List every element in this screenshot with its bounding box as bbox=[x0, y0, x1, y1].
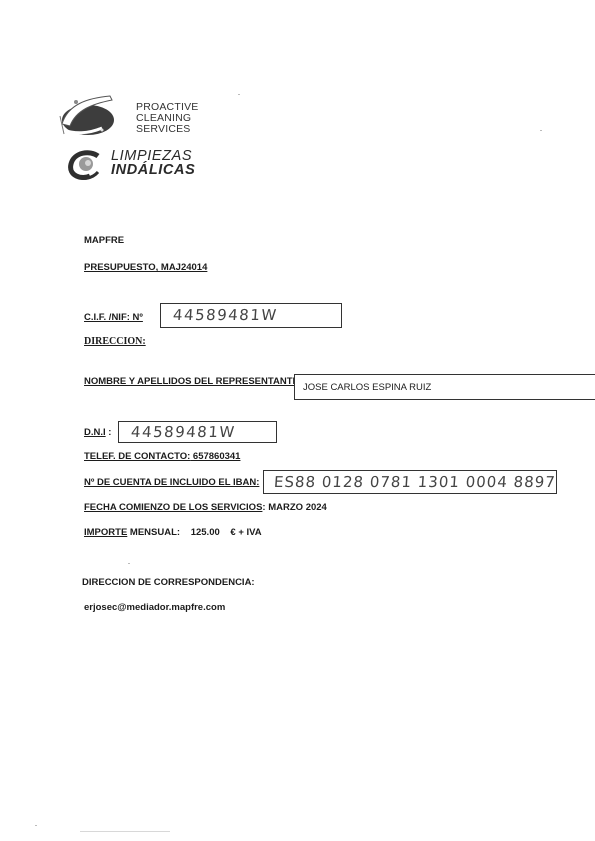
dni-label: D.N.I bbox=[84, 427, 106, 438]
amount-label: IMPORTE bbox=[84, 527, 127, 538]
representative-label: NOMBRE Y APELLIDOS DEL REPRESENTANTE bbox=[84, 376, 299, 387]
budget-reference: PRESUPUESTO, MAJ24014 bbox=[84, 262, 207, 273]
correspondence-label: DIRECCION DE CORRESPONDENCIA: bbox=[82, 577, 255, 588]
cif-value: 44589481W bbox=[172, 306, 278, 324]
amount-group: IMPORTE MENSUAL: 125.00 € + IVA bbox=[84, 527, 262, 538]
scan-speck bbox=[540, 130, 542, 131]
cif-label: C.I.F. /NIF: Nº bbox=[84, 312, 143, 323]
company-logo: PROACTIVE CLEANING SERVICES LIMPIEZAS IN… bbox=[58, 94, 218, 184]
cif-field[interactable]: 44589481W bbox=[160, 303, 342, 328]
representative-field[interactable]: JOSE CARLOS ESPINA RUIZ bbox=[294, 374, 595, 400]
start-date-group: FECHA COMIENZO DE LOS SERVICIOS: MARZO 2… bbox=[84, 502, 327, 513]
scan-speck bbox=[238, 94, 240, 95]
phone-label: TELEF. DE CONTACTO: bbox=[84, 451, 190, 462]
broom-swoosh-logo-icon bbox=[58, 94, 116, 140]
start-date-label: FECHA COMIENZO DE LOS SERVICIOS bbox=[84, 502, 262, 513]
scan-edge-line bbox=[80, 831, 170, 832]
correspondence-email: erjosec@mediador.mapfre.com bbox=[84, 602, 225, 613]
logo-limpiezas-text: LIMPIEZAS INDÁLICAS bbox=[111, 149, 195, 177]
iban-field[interactable]: ES88 0128 0781 1301 0004 8897 bbox=[263, 470, 557, 494]
representative-value: JOSE CARLOS ESPINA RUIZ bbox=[303, 382, 431, 393]
logo-proactive-text: PROACTIVE CLEANING SERVICES bbox=[136, 102, 198, 135]
amount-suffix: € + IVA bbox=[230, 527, 261, 538]
dni-colon: : bbox=[106, 427, 112, 438]
logo-indalicas: INDÁLICAS bbox=[111, 163, 195, 177]
iban-value: ES88 0128 0781 1301 0004 8897 bbox=[273, 473, 556, 491]
scan-speck bbox=[35, 825, 37, 826]
client-name: MAPFRE bbox=[84, 235, 124, 246]
scan-speck bbox=[128, 563, 130, 564]
logo-limpiezas: LIMPIEZAS bbox=[111, 149, 195, 163]
amount-value: 125.00 bbox=[191, 527, 220, 538]
amount-label-rest: MENSUAL: bbox=[127, 527, 180, 538]
logo-line-3: SERVICES bbox=[136, 124, 198, 135]
start-date-value: : MARZO 2024 bbox=[262, 502, 326, 513]
dni-value: 44589481W bbox=[130, 423, 236, 441]
dni-label-group: D.N.I : bbox=[84, 427, 111, 438]
phone-value: 657860341 bbox=[190, 451, 240, 462]
phone-group: TELEF. DE CONTACTO: 657860341 bbox=[84, 451, 240, 462]
direccion-label: DIRECCION: bbox=[84, 336, 146, 347]
swirl-logo-icon bbox=[68, 150, 102, 180]
dni-field[interactable]: 44589481W bbox=[118, 421, 277, 443]
iban-label: Nº DE CUENTA DE INCLUIDO EL IBAN: bbox=[84, 477, 259, 488]
